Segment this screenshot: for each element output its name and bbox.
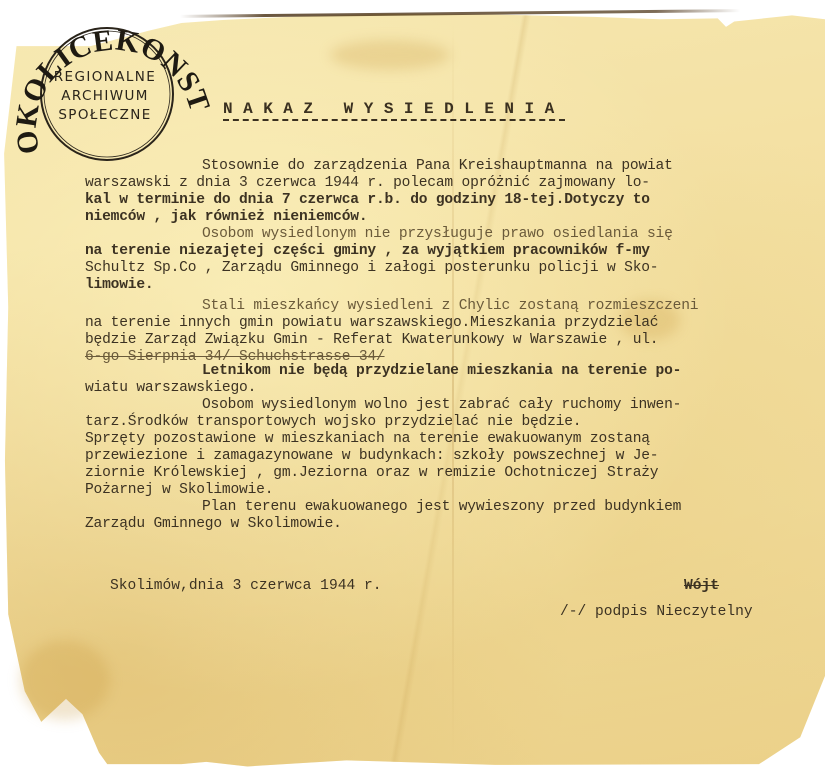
text-line: tarz.Środków transportowych wojsko przyd… — [85, 414, 581, 431]
signature-text: /-/ podpis Nieczytelny — [560, 604, 753, 620]
text-line: Stosownie do zarządzenia Pana Kreishaupt… — [202, 158, 673, 175]
text-line: warszawski z dnia 3 czerwca 1944 r. pole… — [85, 175, 650, 192]
text-line: będzie Zarząd Związku Gmin - Referat Kwa… — [85, 332, 658, 349]
text-line: Sprzęty pozostawione w mieszkaniach na t… — [85, 431, 650, 448]
text-line: Osobom wysiedlonym wolno jest zabrać cał… — [202, 397, 681, 414]
document-body: NAKAZ WYSIEDLENIA Stosownie do zarządzen… — [0, 0, 825, 768]
text-line: Plan terenu ewakuowanego jest wywieszony… — [202, 499, 681, 516]
text-line: limowie. — [85, 277, 153, 294]
text-line: Osobom wysiedlonym nie przysługuje prawo… — [202, 226, 673, 243]
text-line: Stali mieszkańcy wysiedleni z Chylic zos… — [202, 298, 698, 315]
text-line: Schultz Sp.Co , Zarządu Gminnego i załog… — [85, 260, 658, 277]
place-date: Skolimów,dnia 3 czerwca 1944 r. — [110, 578, 382, 594]
signature-role: Wójt — [684, 578, 719, 594]
text-line: Letnikom nie będą przydzielane mieszkani… — [202, 363, 681, 380]
text-line: niemców , jak również nieniemców. — [85, 209, 367, 226]
text-line: wiatu warszawskiego. — [85, 380, 256, 397]
text-line: na terenie niezajętej części gminy , za … — [85, 243, 650, 260]
text-line: Zarządu Gminnego w Skolimowie. — [85, 516, 342, 533]
text-line: przewiezione i zamagazynowane w budynkac… — [85, 448, 658, 465]
document-title: NAKAZ WYSIEDLENIA — [223, 100, 565, 121]
text-line: ziornie Królewskiej , gm.Jeziorna oraz w… — [85, 465, 658, 482]
text-line: Pożarnej w Skolimowie. — [85, 482, 273, 499]
text-line: na terenie innych gmin powiatu warszawsk… — [85, 315, 658, 332]
text-line: kal w terminie do dnia 7 czerwca r.b. do… — [85, 192, 650, 209]
